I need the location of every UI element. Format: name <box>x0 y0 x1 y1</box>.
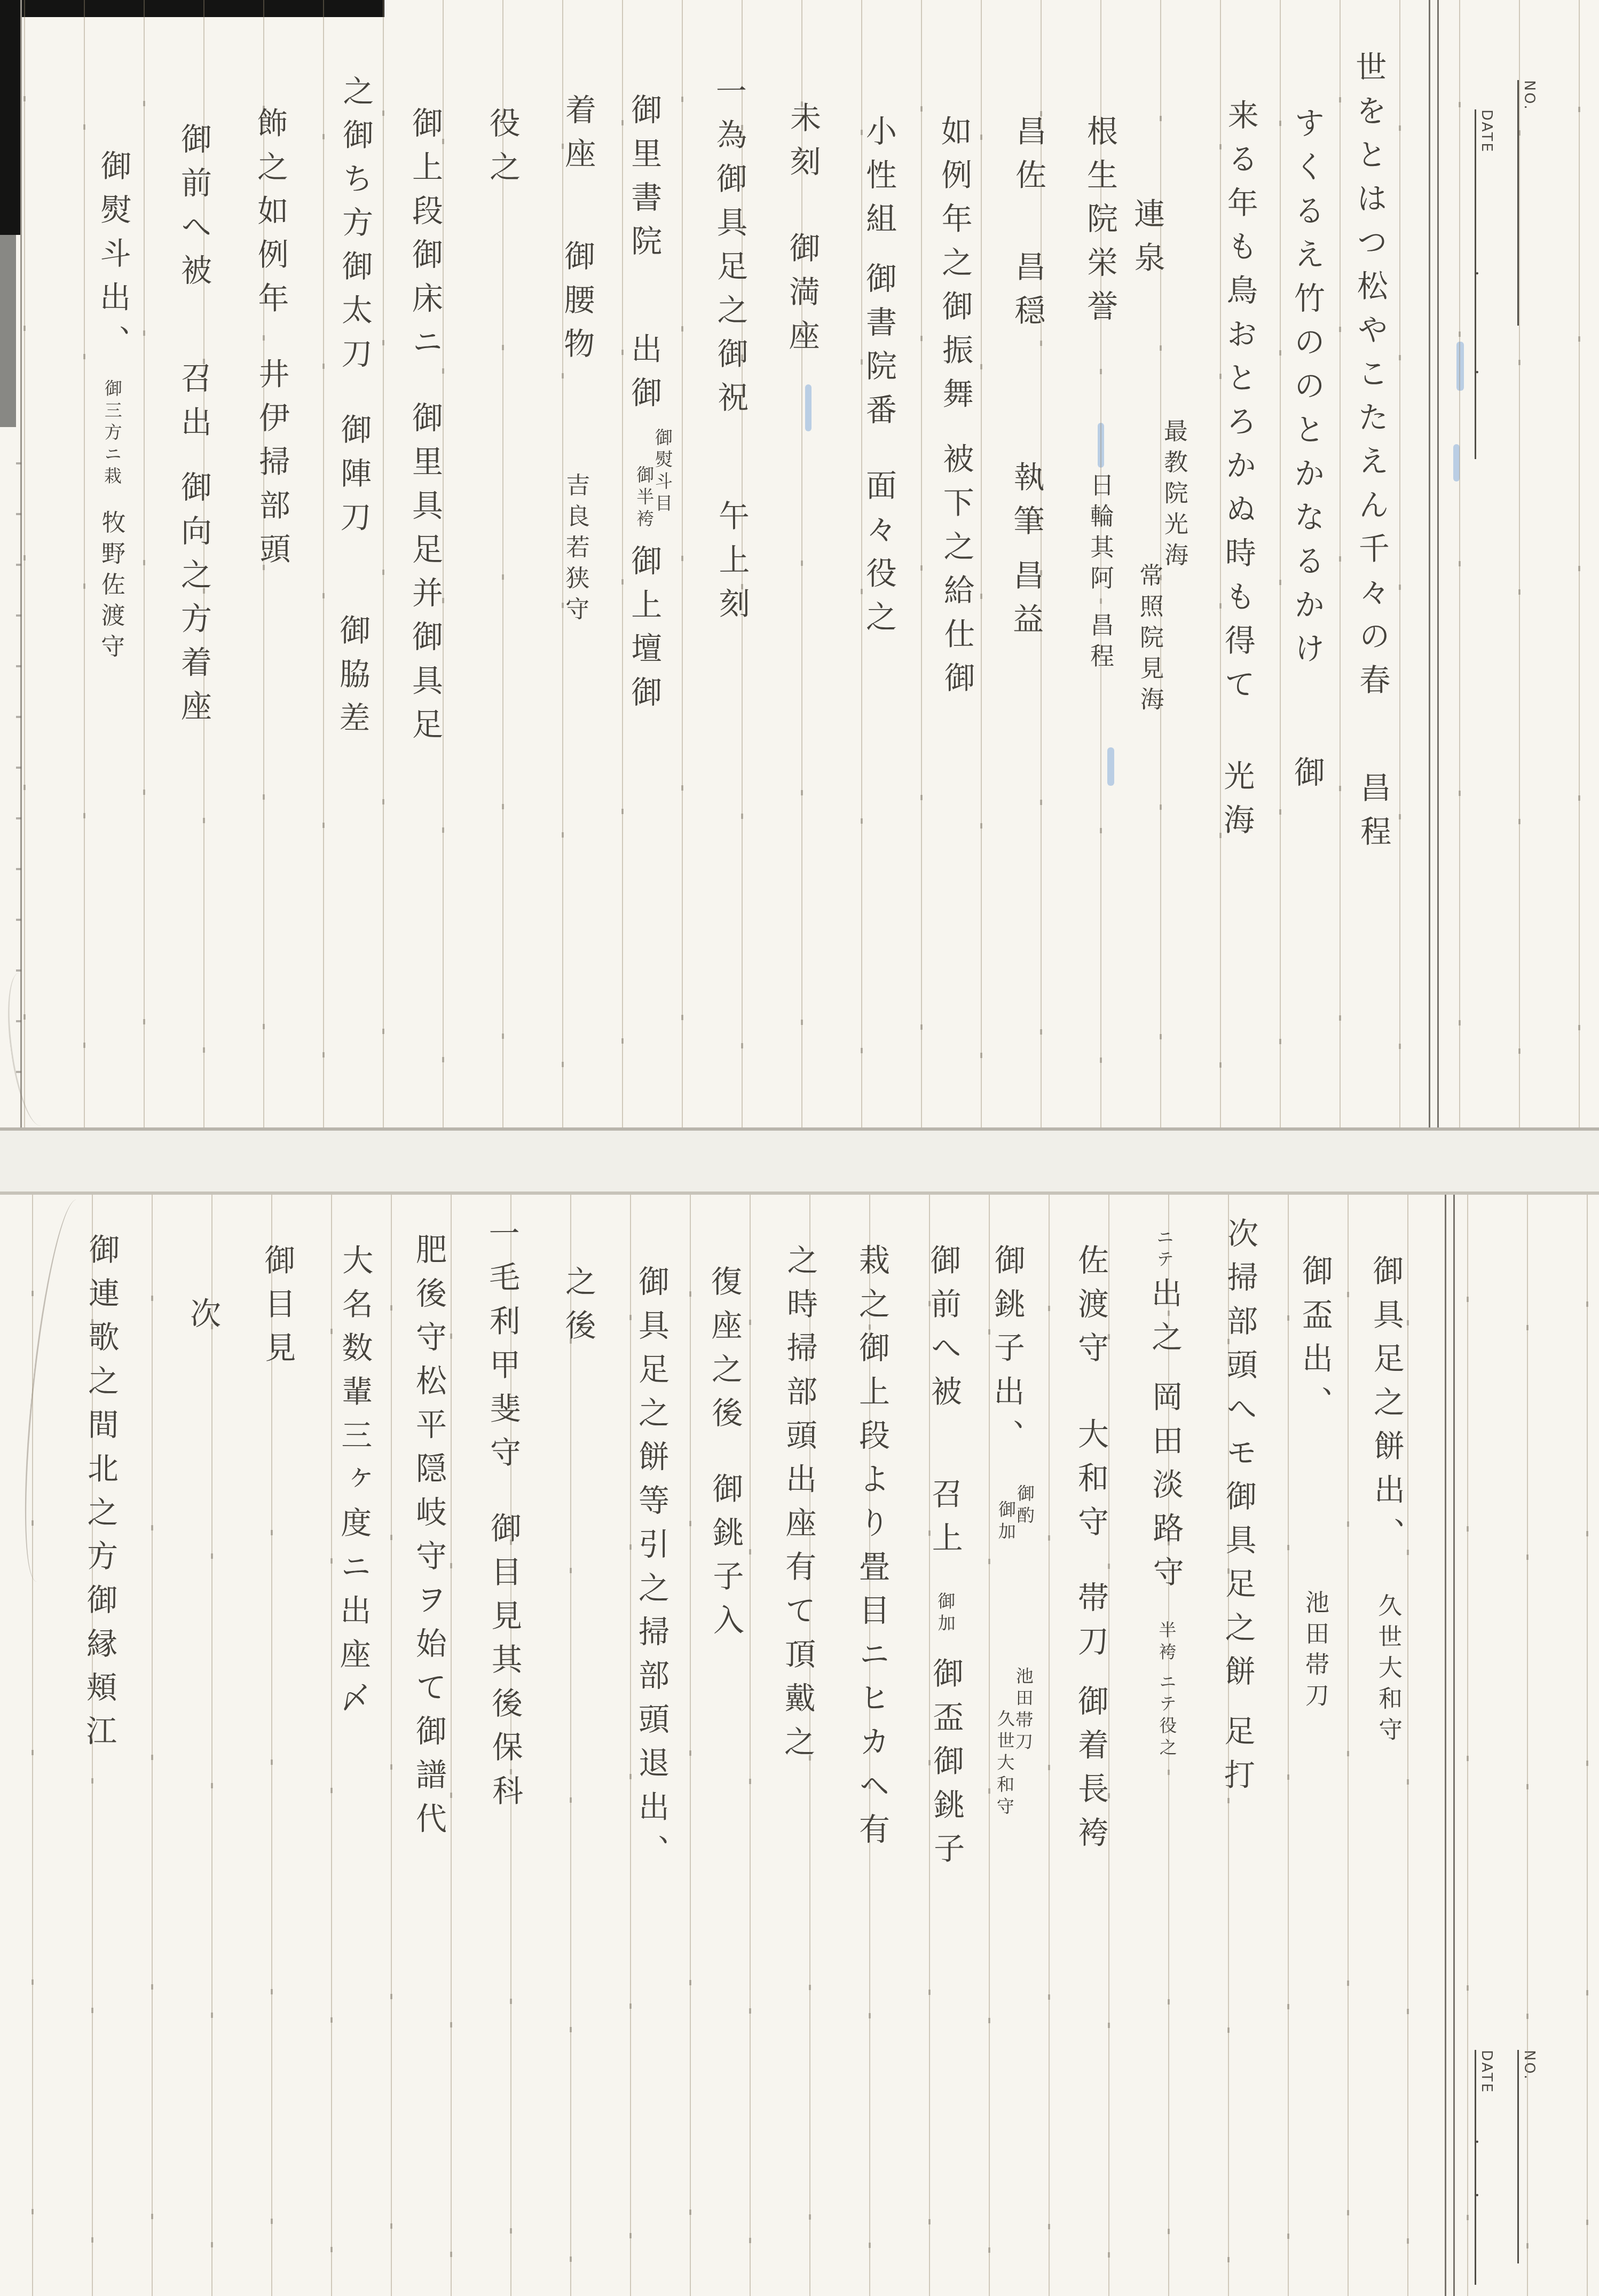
page-1-column-7: 如例年之御振舞被下之給仕御 <box>938 115 974 705</box>
ruled-line-tick <box>1100 828 1102 833</box>
ruled-line-tick <box>1399 355 1401 360</box>
ruled-line-tick <box>1108 1564 1110 1569</box>
handwritten-text: 次 <box>186 1297 219 1341</box>
ruled-line-tick <box>570 1568 572 1573</box>
page-edge-shadow <box>0 1192 1599 1195</box>
ruled-line-tick <box>621 1038 624 1044</box>
pair-left-name: 久世大和守 <box>995 1709 1014 1819</box>
page-1-column-14: 御上段御床ニ御里具足并御具足 <box>408 107 441 752</box>
ruled-line <box>1579 0 1580 1127</box>
margin-rule <box>1429 0 1430 1127</box>
ruled-line-tick <box>801 790 803 795</box>
handwritten-text: 御腰物 <box>560 240 593 371</box>
handwritten-text: 牧野佐渡守 <box>98 510 124 665</box>
ruled-line <box>84 0 85 1127</box>
ruled-line-tick <box>689 1521 691 1526</box>
handwritten-text: 被下之給仕御 <box>939 443 973 705</box>
ruled-line-tick <box>23 96 26 101</box>
binding-mark <box>16 919 21 921</box>
ruled-line-tick <box>1578 566 1580 571</box>
ruled-line-tick <box>1048 1535 1050 1541</box>
ruled-line-tick <box>809 1985 811 1990</box>
ruled-line-tick <box>211 1553 213 1559</box>
blue-smudge <box>1107 747 1114 786</box>
handwritten-text: 一毛利甲斐守 <box>485 1217 519 1480</box>
date-dot: ・ <box>1469 267 1487 281</box>
pair-left-name: 御半袴 <box>635 465 653 531</box>
handwritten-text: 池田帯刀 <box>1303 1590 1328 1714</box>
ruled-line-tick <box>1339 1015 1341 1021</box>
date-dot: ・ <box>1469 2189 1487 2203</box>
handwritten-text: 大名数輩三ヶ度ニ出座〆 <box>336 1244 371 1725</box>
ruled-line-tick <box>382 570 384 575</box>
ruled-line-tick <box>330 2247 333 2252</box>
ruled-line-tick <box>1399 125 1401 131</box>
handwritten-text: 御 <box>1290 756 1323 800</box>
page-2-column-9: 之時掃部頭出座有て頂戴之 <box>781 1244 816 1769</box>
page-2-column-11: 御具足之餅等引之掃部頭退出、 <box>635 1265 667 1878</box>
page-1-column-16: 飾之如例年井伊掃部頭 <box>253 107 288 577</box>
handwritten-text: 之時掃部頭出座有て頂戴之 <box>781 1244 816 1769</box>
ruled-line-tick <box>442 827 444 833</box>
ruled-line-tick <box>330 2017 333 2023</box>
binding-mark <box>16 969 21 972</box>
handwritten-text: 着座 <box>561 93 594 181</box>
handwritten-text: 御熨斗目御半袴 <box>635 428 672 531</box>
ruled-line-tick <box>1526 2243 1529 2248</box>
ruled-line-tick <box>1347 1521 1349 1527</box>
ruled-line-tick <box>203 818 205 823</box>
handwritten-text: 御銚子入 <box>708 1472 742 1647</box>
ruled-line-tick <box>1279 1039 1281 1044</box>
ruled-line-tick <box>1407 1550 1409 1555</box>
ruled-line-tick <box>390 1535 392 1540</box>
ruled-line-tick <box>271 1530 273 1535</box>
ruled-line-tick <box>1407 2238 1409 2244</box>
ruled-line-tick <box>83 1043 85 1048</box>
ruled-line-tick <box>621 120 624 125</box>
ruled-line-tick <box>1526 2014 1529 2019</box>
handwritten-text: 来る年も鳥おとろかぬ時も得て <box>1220 99 1257 712</box>
ruled-line-tick <box>570 2027 572 2032</box>
handwritten-text: 一為御具足之御祝 <box>712 75 747 425</box>
ruled-line-tick <box>621 579 624 585</box>
handwritten-text: 御脇差 <box>335 614 368 745</box>
handwritten-text: 光海 <box>1220 760 1253 847</box>
ruled-line <box>152 1195 153 2296</box>
ruled-line-tick <box>151 1296 153 1301</box>
handwritten-text: 召出 <box>177 362 210 449</box>
ruled-line-tick <box>1339 97 1341 102</box>
ruled-line-tick <box>1048 1765 1050 1770</box>
ruled-line <box>682 0 683 1127</box>
ruled-line-tick <box>1407 2009 1409 2014</box>
ruled-line <box>921 0 922 1127</box>
ruled-line-tick <box>1048 1306 1050 1311</box>
ruled-line-tick <box>749 1779 751 1784</box>
ruled-line-tick <box>390 2223 392 2229</box>
ruled-line-tick <box>1279 121 1281 126</box>
ruled-line-tick <box>749 1320 751 1325</box>
handwritten-text: 昌穏 <box>1011 250 1044 338</box>
ruled-line-tick <box>681 1015 683 1020</box>
date-label: DATE <box>1478 109 1495 153</box>
ruled-line-tick <box>263 794 265 800</box>
page-1-column-1: 世をとはつ松やこたえん千々の春昌程 <box>1352 51 1389 859</box>
handwritten-text: 日輪其阿 <box>1088 472 1113 596</box>
ruled-line <box>1467 1195 1468 2296</box>
ruled-line-tick <box>1347 2210 1349 2215</box>
ruled-line-tick <box>1219 144 1222 149</box>
ruled-line-tick <box>928 1990 931 1995</box>
ruled-line <box>32 1195 33 2296</box>
ruled-line-tick <box>621 350 624 355</box>
ruled-line-tick <box>1168 1770 1170 1775</box>
pair-left-name: 御加 <box>997 1500 1015 1544</box>
ruled-line-tick <box>1399 814 1401 819</box>
page-1-column-10: 一為御具足之御祝午上刻 <box>712 75 748 631</box>
page-gap <box>0 1127 1599 1195</box>
ruled-line-tick <box>749 2238 751 2243</box>
ruled-line-tick <box>1526 1555 1529 1560</box>
ruled-line-tick <box>271 1989 273 1994</box>
ruled-line-tick <box>1040 1029 1042 1035</box>
page-2-column-14: 肥後守松平隠岐守ヲ始て御譜代 <box>412 1233 445 1846</box>
ruled-line-tick <box>271 2219 273 2224</box>
ruled-line <box>331 1195 332 2296</box>
ruled-line-tick <box>83 124 85 130</box>
ruled-line-tick <box>629 1774 632 1779</box>
ruled-line-tick <box>1287 2004 1289 2009</box>
ruled-line-tick <box>1518 589 1521 595</box>
ruled-line-tick <box>1279 580 1281 585</box>
ruled-line-tick <box>211 2013 213 2018</box>
handwritten-text: 御里書院 <box>627 93 660 269</box>
ruled-line-tick <box>143 790 145 795</box>
ruled-line-tick <box>450 1334 452 1339</box>
page-1-column-2: すくるえ竹ののとかなるかけ御 <box>1290 107 1323 800</box>
handwritten-text: 根生院栄誉 <box>1083 115 1116 334</box>
ruled-line-tick <box>689 1980 691 1985</box>
handwritten-text: 佐渡守 <box>1074 1244 1107 1375</box>
ruled-line-tick <box>143 560 145 565</box>
ruled-line-tick <box>629 1315 632 1320</box>
ruled-line-tick <box>502 1033 504 1039</box>
handwritten-text: 御目見其後保科 <box>487 1512 521 1818</box>
ruled-line-tick <box>211 1783 213 1788</box>
ruled-line-tick <box>390 1305 392 1311</box>
page-2-column-4: ニテ出之岡田淡路守半袴ニテ役之 <box>1147 1228 1183 1760</box>
handwritten-text: 次掃部頭へモ御具足之餅 <box>1221 1217 1256 1699</box>
ruled-line-tick <box>510 2228 512 2234</box>
ruled-line-tick <box>861 818 863 824</box>
ruled-line-tick <box>1586 1531 1588 1536</box>
handwritten-text: 執筆 <box>1010 461 1043 548</box>
ruled-line-tick <box>629 2233 632 2238</box>
handwritten-text: 復座之後 <box>707 1265 741 1440</box>
ruled-line-tick <box>1467 1756 1469 1761</box>
handwritten-text: 御上段御床ニ <box>408 107 441 369</box>
page-1-column-15: 之御ち方御太刀御陣刀御脇差 <box>335 75 372 745</box>
ruled-line-tick <box>91 2237 93 2243</box>
ruled-line-tick <box>1459 561 1461 566</box>
ruled-line-tick <box>801 1020 803 1025</box>
page-2-column-3: 次掃部頭へモ御具足之餅足打 <box>1220 1217 1257 1802</box>
ruled-line-tick <box>681 785 683 791</box>
ruled-line-tick <box>1467 2215 1469 2220</box>
ruled-line-tick <box>151 1984 153 1990</box>
ruled-line-tick <box>809 2214 811 2220</box>
page-1-column-5: 根生院栄誉日輪其阿昌程 <box>1083 115 1116 674</box>
ruled-line-tick <box>920 565 923 571</box>
ruled-line-tick <box>562 1062 564 1067</box>
ruled-line-tick <box>980 135 982 140</box>
blue-smudge <box>1456 342 1464 391</box>
margin-rule <box>1445 1195 1446 2296</box>
page-2-column-2: 御盃出、池田帯刀 <box>1298 1254 1331 1714</box>
ruled-line-tick <box>382 799 384 804</box>
pair-right-name: 池田帯刀 <box>1013 1667 1033 1819</box>
ruled-line-tick <box>382 111 384 116</box>
handwritten-text: 半袴 <box>1157 1621 1176 1664</box>
ruled-line-tick <box>749 1549 751 1555</box>
page-2-column-10: 復座之後御銚子入 <box>707 1265 742 1647</box>
ruled-line-tick <box>1467 1297 1469 1302</box>
ruled-line-tick <box>741 814 743 819</box>
page-2-column-6: 御銚子出、御酌御加池田帯刀久世大和守 <box>988 1244 1035 1819</box>
ruled-line <box>383 0 384 1127</box>
ruled-line-tick <box>263 1024 265 1029</box>
ruled-line-tick <box>450 2022 452 2027</box>
ruled-line-tick <box>1227 2027 1230 2033</box>
ruled-line-tick <box>920 795 923 800</box>
ruled-line-tick <box>322 364 325 369</box>
ruled-line-tick <box>330 1329 333 1334</box>
blue-smudge <box>805 384 812 431</box>
ruled-line-tick <box>1227 2257 1230 2262</box>
ruled-line-tick <box>570 1797 572 1803</box>
margin-rule <box>1453 1195 1455 2296</box>
ruled-line <box>451 1195 452 2296</box>
handwritten-text: 飾之如例年 <box>253 107 287 326</box>
ruled-line-tick <box>861 1048 863 1053</box>
page-1-column-3: 来る年も鳥おとろかぬ時も得て光海 <box>1220 99 1257 847</box>
page-1-column-17: 御前へ被召出御向之方着座 <box>177 123 210 733</box>
ruled-line-tick <box>1287 1545 1289 1550</box>
handwritten-text: 御満座 <box>785 232 818 363</box>
binding-mark <box>16 817 21 819</box>
page-edge-shadow <box>0 1127 1599 1131</box>
ruled-line-tick <box>1287 2234 1289 2239</box>
ruled-line-tick <box>91 2008 93 2013</box>
page-1-column-8: 小性組御書院番面々役之 <box>862 115 895 644</box>
ruled-line-tick <box>390 1994 392 1999</box>
ruled-line-tick <box>510 1999 512 2004</box>
ruled-line-tick <box>23 785 26 790</box>
page-2-column-5: 佐渡守大和守帯刀御着長袴 <box>1074 1244 1107 1860</box>
handwritten-text: 御熨斗出、 <box>96 149 130 368</box>
ruled-line-tick <box>322 593 325 598</box>
binding-mark <box>16 767 21 769</box>
handwritten-text: 昌益 <box>1009 559 1042 646</box>
ruled-line <box>622 0 623 1127</box>
handwritten-text: 御具足之餅等引之掃部頭退出、 <box>635 1265 667 1878</box>
ruled-line-tick <box>1160 804 1162 810</box>
handwritten-text: 召上 <box>928 1478 961 1565</box>
ruled-line-tick <box>629 2003 632 2009</box>
page-2-column-15: 大名数輩三ヶ度ニ出座〆 <box>336 1244 371 1725</box>
ruled-line-tick <box>442 1057 444 1062</box>
page-1-column-13: 役之 <box>486 107 519 194</box>
ruled-line-tick <box>741 1043 743 1048</box>
page-2-column-17: 次 <box>186 1297 219 1341</box>
ruled-line-tick <box>920 106 923 112</box>
ruled-line-tick <box>1518 130 1521 136</box>
ruled-line-tick <box>1459 791 1461 796</box>
ruled-line-tick <box>83 813 85 818</box>
page-2-column-8: 栽之御上段より畳目ニヒカヘ有 <box>855 1244 888 1857</box>
ruled-line-tick <box>1578 795 1580 801</box>
ruled-line-tick <box>1347 1751 1349 1756</box>
ruled-line-tick <box>869 2243 871 2248</box>
ruled-line-tick <box>928 2219 931 2224</box>
ruled-line <box>750 1195 751 2296</box>
ruled-line-tick <box>1459 1020 1461 1025</box>
ruled-line <box>1407 1195 1408 2296</box>
handwritten-text: 世をとはつ松やこたえん千々の春 <box>1352 51 1388 707</box>
ruled-line-tick <box>31 1291 34 1296</box>
ruled-line-tick <box>151 1525 153 1530</box>
handwritten-text: 面々役之 <box>862 469 895 644</box>
handwritten-text: 如例年之御振舞 <box>938 115 972 421</box>
handwritten-text: 大和守 <box>1074 1418 1107 1549</box>
ruled-line-tick <box>988 2018 990 2023</box>
handwritten-text: 御盃御銚子 <box>929 1657 963 1876</box>
ruled-line-tick <box>1168 2229 1170 2234</box>
ruled-line-tick <box>1407 1320 1409 1325</box>
ruled-line-tick <box>629 1544 632 1550</box>
binding-mark <box>16 513 21 515</box>
ruled-line-tick <box>31 1750 34 1755</box>
ruled-line-tick <box>1526 1784 1529 1789</box>
ruled-line-tick <box>1578 107 1580 112</box>
ruled-line-tick <box>869 2013 871 2018</box>
handwritten-text: 之御ち方御太刀 <box>337 75 372 381</box>
ruled-line-tick <box>681 556 683 561</box>
ruled-line <box>1049 1195 1050 2296</box>
date-field: DATE ・ ・ <box>1475 2050 1495 2285</box>
ruled-line-tick <box>749 2008 751 2014</box>
handwritten-text: 御書院番 <box>862 262 895 437</box>
handwritten-text: ニテ <box>1154 1228 1173 1272</box>
ruled-line-tick <box>23 326 26 331</box>
ruled-line-tick <box>1347 1292 1349 1297</box>
handwritten-text: 御具足之餅出、 <box>1369 1254 1403 1561</box>
handwritten-text: 連泉 <box>1130 198 1163 285</box>
page-1-column-4: 連泉最教院光海常照院見海 <box>1130 198 1188 718</box>
ruled-line-tick <box>1100 1058 1102 1063</box>
handwritten-text: 最教院光海常照院見海 <box>1136 419 1188 718</box>
handwritten-text: 足打 <box>1220 1715 1254 1802</box>
handwritten-text: 肥後守松平隠岐守ヲ始て御譜代 <box>412 1233 445 1846</box>
handwritten-text: 小性組 <box>862 115 895 246</box>
handwritten-text: 午上刻 <box>715 500 748 631</box>
handwritten-text: すくるえ竹ののとかなるかけ <box>1290 107 1323 676</box>
ruled-line-tick <box>1339 556 1341 562</box>
scan-edge-artifact <box>0 0 384 17</box>
binding-mark <box>16 1071 21 1073</box>
handwritten-text: 御向之方着座 <box>177 471 210 733</box>
ruled-line-tick <box>1168 1999 1170 2005</box>
date-dot: ・ <box>1469 2135 1487 2150</box>
ruled-line-tick <box>203 1047 205 1053</box>
ruled-line-tick <box>211 2242 213 2247</box>
page-2-column-1: 御具足之餅出、久世大和守 <box>1369 1254 1405 1748</box>
handwritten-text: 御陣刀 <box>337 413 370 545</box>
scanned-notebook: NO. DATE ・ ・ NO. DATE ・ ・ 世をとはつ松やこたえん千々の… <box>0 0 1599 2296</box>
ruled-line-tick <box>143 330 145 336</box>
page-1-column-9: 未刻御満座 <box>785 101 820 363</box>
ruled-line-tick <box>1287 1774 1289 1780</box>
ruled-line-tick <box>1467 1526 1469 1532</box>
pair-right-name: 御酌 <box>1015 1484 1034 1544</box>
handwritten-text: 昌程 <box>1357 771 1390 859</box>
ruled-line-tick <box>1518 1048 1521 1054</box>
ruled-line-tick <box>502 345 504 350</box>
ruled-line <box>391 1195 392 2296</box>
ruled-line <box>570 1195 571 2296</box>
page-2-column-18: 御連歌之間北之方御縁頬江 <box>82 1233 118 1758</box>
no-label: NO. <box>1521 80 1538 111</box>
ruled-line-tick <box>23 1014 26 1020</box>
ruled-line-tick <box>1586 1301 1588 1307</box>
no-label: NO. <box>1521 2050 1538 2081</box>
ruled-line-tick <box>450 1563 452 1568</box>
page-1-column-12: 着座御腰物吉良若狭守 <box>558 93 594 627</box>
page-1-column-18: 御熨斗出、御三方ニ栽牧野佐渡守 <box>94 149 130 665</box>
handwritten-text: 御着長袴 <box>1074 1685 1107 1860</box>
handwritten-text: 御前へ被 <box>926 1244 960 1419</box>
handwritten-text: 池田帯刀久世大和守 <box>995 1667 1033 1819</box>
handwritten-text: 久世大和守 <box>1375 1593 1401 1748</box>
pair-right-name: 御熨斗目 <box>653 428 672 531</box>
ruled-line-tick <box>1586 2220 1588 2225</box>
handwritten-text: 岡田淡路守 <box>1148 1380 1182 1599</box>
binding-mark <box>16 564 21 566</box>
ruled-line-tick <box>681 97 683 102</box>
binding-mark <box>16 665 21 667</box>
ruled-line-tick <box>1279 809 1281 815</box>
ruled-line <box>24 0 25 1127</box>
handwritten-text: 昌佐 <box>1012 115 1045 202</box>
handwritten-text: 御上壇御 <box>627 545 660 720</box>
binding-mark <box>16 1020 21 1022</box>
ruled-line-tick <box>390 1764 392 1770</box>
ruled-line-tick <box>1459 102 1461 107</box>
ruled-line-tick <box>143 1019 145 1024</box>
ruled-line-tick <box>450 1793 452 1798</box>
ruled-line-tick <box>83 354 85 359</box>
ruled-line-tick <box>1407 1779 1409 1785</box>
ruled-line <box>1399 0 1400 1127</box>
handwritten-text: 御酌御加 <box>997 1484 1034 1544</box>
ruled-line-tick <box>1219 1062 1222 1068</box>
binding-mark <box>16 462 21 464</box>
ruled-line-tick <box>562 832 564 838</box>
ruled-line <box>323 0 324 1127</box>
ruled-line-tick <box>1108 2252 1110 2258</box>
ruled-line-tick <box>502 804 504 809</box>
